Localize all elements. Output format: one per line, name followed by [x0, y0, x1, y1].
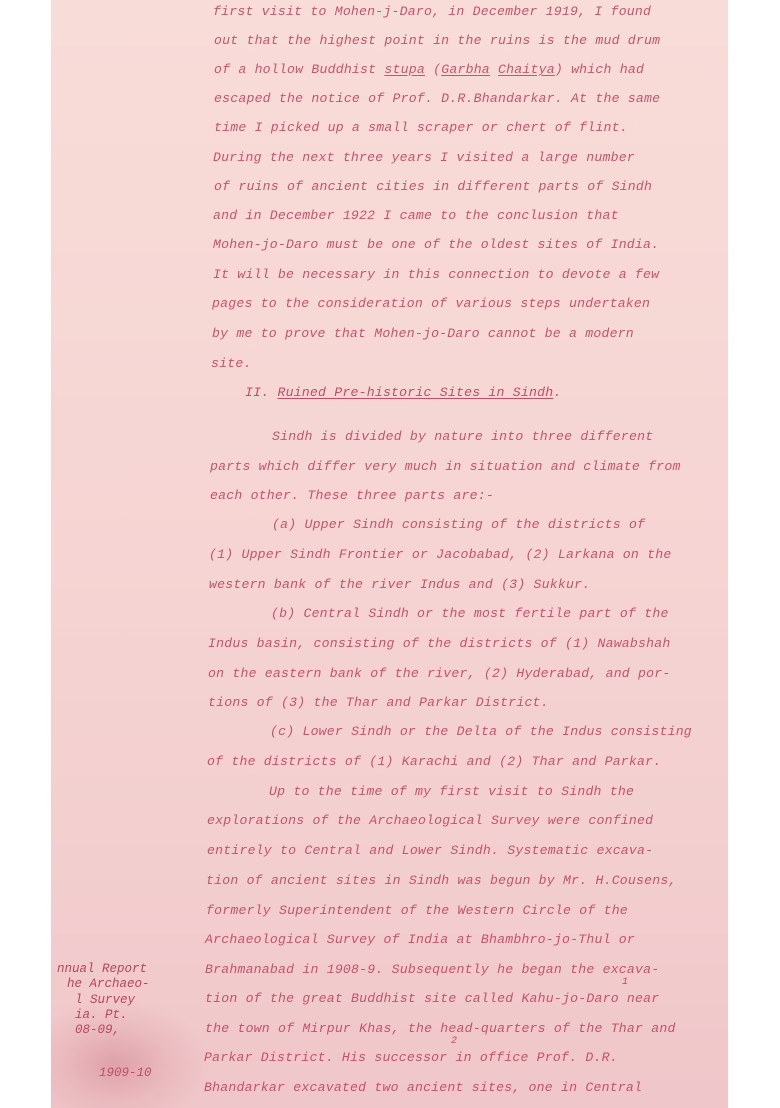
- text-line: Mohen-jo-Daro must be one of the oldest …: [213, 237, 659, 252]
- text-line: site.: [211, 356, 252, 371]
- section-heading: II. Ruined Pre-historic Sites in Sindh.: [245, 385, 561, 400]
- margin-note-line: he Archaeo-: [67, 977, 150, 991]
- margin-note-line: 1909-10: [99, 1066, 152, 1080]
- section-title-period: .: [553, 385, 561, 400]
- text-line: and in December 1922 I came to the concl…: [213, 208, 619, 223]
- footnote-marker: 2: [451, 1036, 457, 1047]
- text-line: parts which differ very much in situatio…: [210, 459, 681, 474]
- text-line: tion of ancient sites in Sindh was begun…: [206, 873, 677, 888]
- section-number: II.: [245, 385, 269, 400]
- text-line: Up to the time of my first visit to Sind…: [269, 784, 634, 799]
- text-line: Parkar District. His successor in office…: [204, 1050, 618, 1065]
- margin-note-line: 08-09,: [75, 1023, 120, 1037]
- text-line: Brahmanabad in 1908-9. Subsequently he b…: [205, 962, 659, 977]
- underlined-term-stupa: stupa: [384, 62, 425, 77]
- text-line: formerly Superintendent of the Western C…: [206, 903, 628, 918]
- footnote-marker: 1: [622, 977, 628, 988]
- text-line-with-underlines: of a hollow Buddhist stupa (Garbha Chait…: [214, 62, 644, 77]
- text-line: tion of the great Buddhist site called K…: [205, 991, 659, 1006]
- text-line: escaped the notice of Prof. D.R.Bhandark…: [214, 91, 660, 106]
- section-title: Ruined Pre-historic Sites in Sindh: [277, 385, 553, 400]
- list-item-b: (b) Central Sindh or the most fertile pa…: [271, 606, 669, 621]
- text-line: Bhandarkar excavated two ancient sites, …: [204, 1080, 642, 1095]
- text-line: of the districts of (1) Karachi and (2) …: [207, 754, 661, 769]
- list-item-a: (a) Upper Sindh consisting of the distri…: [272, 517, 645, 532]
- text-line: out that the highest point in the ruins …: [214, 33, 660, 48]
- text-line: Sindh is divided by nature into three di…: [272, 429, 653, 444]
- list-item-c: (c) Lower Sindh or the Delta of the Indu…: [270, 724, 692, 739]
- underlined-term-garbha: Garbha: [441, 62, 490, 77]
- text-line: on the eastern bank of the river, (2) Hy…: [208, 666, 671, 681]
- text-line: It will be necessary in this connection …: [213, 267, 659, 282]
- text-line: first visit to Mohen-j-Daro, in December…: [213, 4, 651, 19]
- text-line: pages to the consideration of various st…: [212, 296, 650, 311]
- text-line: by me to prove that Mohen-jo-Daro cannot…: [212, 326, 634, 341]
- margin-note-line: l Survey: [75, 993, 135, 1007]
- text-fragment: of a hollow Buddhist: [214, 62, 376, 77]
- margin-note-line: nnual Report: [57, 962, 147, 976]
- text-line: time I picked up a small scraper or cher…: [214, 120, 628, 135]
- document-page: first visit to Mohen-j-Daro, in December…: [51, 0, 728, 1108]
- text-line: Indus basin, consisting of the districts…: [208, 636, 671, 651]
- text-line: Archaeological Survey of India at Bhambh…: [205, 932, 635, 947]
- text-line: tions of (3) the Thar and Parkar Distric…: [208, 695, 549, 710]
- margin-note-line: ia. Pt.: [75, 1008, 128, 1022]
- text-line: western bank of the river Indus and (3) …: [209, 577, 590, 592]
- text-line: of ruins of ancient cities in different …: [214, 179, 652, 194]
- text-line: (1) Upper Sindh Frontier or Jacobabad, (…: [209, 547, 672, 562]
- text-line: During the next three years I visited a …: [213, 150, 635, 165]
- text-line: each other. These three parts are:-: [210, 488, 494, 503]
- text-line: the town of Mirpur Khas, the head-quarte…: [205, 1021, 676, 1036]
- text-line: entirely to Central and Lower Sindh. Sys…: [207, 843, 653, 858]
- text-fragment: ) which had: [555, 62, 644, 77]
- underlined-term-chaitya: Chaitya: [498, 62, 555, 77]
- text-line: explorations of the Archaeological Surve…: [207, 813, 653, 828]
